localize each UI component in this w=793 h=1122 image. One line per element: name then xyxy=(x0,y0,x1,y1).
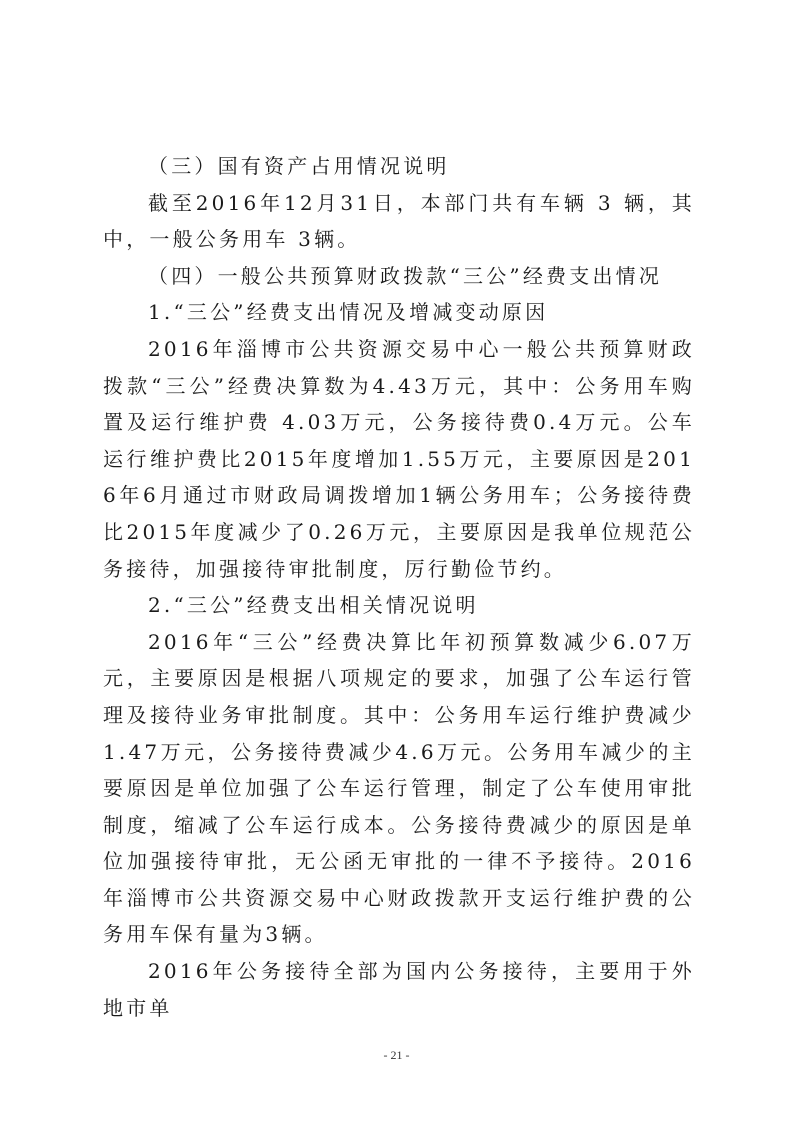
document-body: （三）国有资产占用情况说明 截至2016年12月31日，本部门共有车辆 3 辆，… xyxy=(103,148,695,1026)
paragraph-vehicles: 截至2016年12月31日，本部门共有车辆 3 辆，其中，一般公务用车 3辆。 xyxy=(103,185,695,258)
paragraph-expense-details: 2016年淄博市公共资源交易中心一般公共预算财政拨款“三公”经费决算数为4.43… xyxy=(103,331,695,587)
subheading-related-explanation: 2.“三公”经费支出相关情况说明 xyxy=(103,587,695,624)
paragraph-reception: 2016年公务接待全部为国内公务接待，主要用于外地市单 xyxy=(103,953,695,1026)
section-heading-three-public-expenses: （四）一般公共预算财政拨款“三公”经费支出情况 xyxy=(103,258,695,295)
section-heading-state-assets: （三）国有资产占用情况说明 xyxy=(103,148,695,185)
page-number: - 21 - xyxy=(0,1048,793,1063)
paragraph-budget-comparison: 2016年“三公”经费决算比年初预算数减少6.07万元，主要原因是根据八项规定的… xyxy=(103,624,695,953)
subheading-expense-changes: 1.“三公”经费支出情况及增减变动原因 xyxy=(103,294,695,331)
